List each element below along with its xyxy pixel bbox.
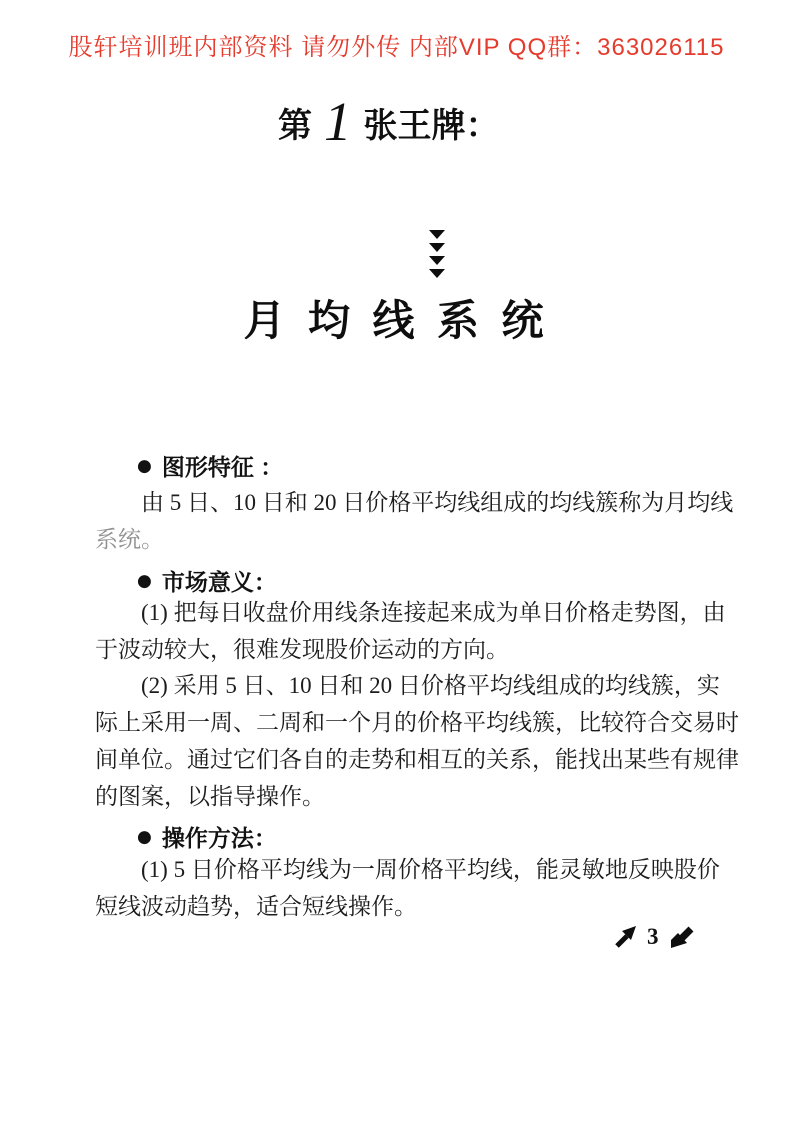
paragraph-line: 际上采用一周、二周和一个月的价格平均线簇，比较符合交易时 <box>95 709 739 737</box>
triangle-divider <box>429 230 445 278</box>
page-title: 月 均 线 系 统 <box>0 288 793 348</box>
scanned-book-page: 股轩培训班内部资料 请勿外传 内部VIP QQ群：363026115 第 1 张… <box>0 0 793 1121</box>
paragraph-line: 间单位。通过它们各自的走势和相互的关系，能找出某些有规律 <box>95 746 739 774</box>
chapter-number: 1 <box>324 97 352 147</box>
page-number: 3 <box>647 924 659 950</box>
section-heading-label: 市场意义： <box>162 564 277 597</box>
paragraph-line: (1) 把每日收盘价用线条连接起来成为单日价格走势图，由 <box>141 599 726 627</box>
down-triangle-icon <box>429 230 445 239</box>
chapter-title: 第 1 张王牌： <box>278 94 500 147</box>
chapter-suffix: 张王牌： <box>364 98 500 147</box>
chapter-prefix: 第 <box>278 98 312 147</box>
paragraph-line: 系统。 <box>95 526 164 554</box>
section-heading-graph-features: ● 图形特征 ： <box>137 449 283 482</box>
paragraph-line: 由 5 日、10 日和 20 日价格平均线组成的均线簇称为月均线 <box>141 489 733 517</box>
paragraph-line: 的图案，以指导操作。 <box>95 783 325 811</box>
section-heading-market-meaning: ● 市场意义： <box>137 564 277 597</box>
section-heading-label: 操作方法： <box>162 820 277 853</box>
page-footer: 3 <box>613 924 695 950</box>
down-triangle-icon <box>429 256 445 265</box>
down-triangle-icon <box>429 269 445 278</box>
down-triangle-icon <box>429 243 445 252</box>
section-heading-label: 图形特征 ： <box>162 449 283 482</box>
paragraph-line: 于波动较大，很难发现股价运动的方向。 <box>95 636 509 664</box>
arrow-down-left-icon <box>669 924 695 950</box>
paragraph-line: (2) 采用 5 日、10 日和 20 日价格平均线组成的均线簇，实 <box>141 672 720 700</box>
watermark-text: 股轩培训班内部资料 请勿外传 内部VIP QQ群：363026115 <box>0 27 793 62</box>
bullet-icon: ● <box>137 573 152 590</box>
bullet-icon: ● <box>137 829 152 846</box>
section-heading-operation-method: ● 操作方法： <box>137 820 277 853</box>
bullet-icon: ● <box>137 458 152 475</box>
paragraph-line: 短线波动趋势，适合短线操作。 <box>95 893 417 921</box>
arrow-up-right-icon <box>613 925 637 949</box>
paragraph-line: (1) 5 日价格平均线为一周价格平均线，能灵敏地反映股价 <box>141 856 720 884</box>
